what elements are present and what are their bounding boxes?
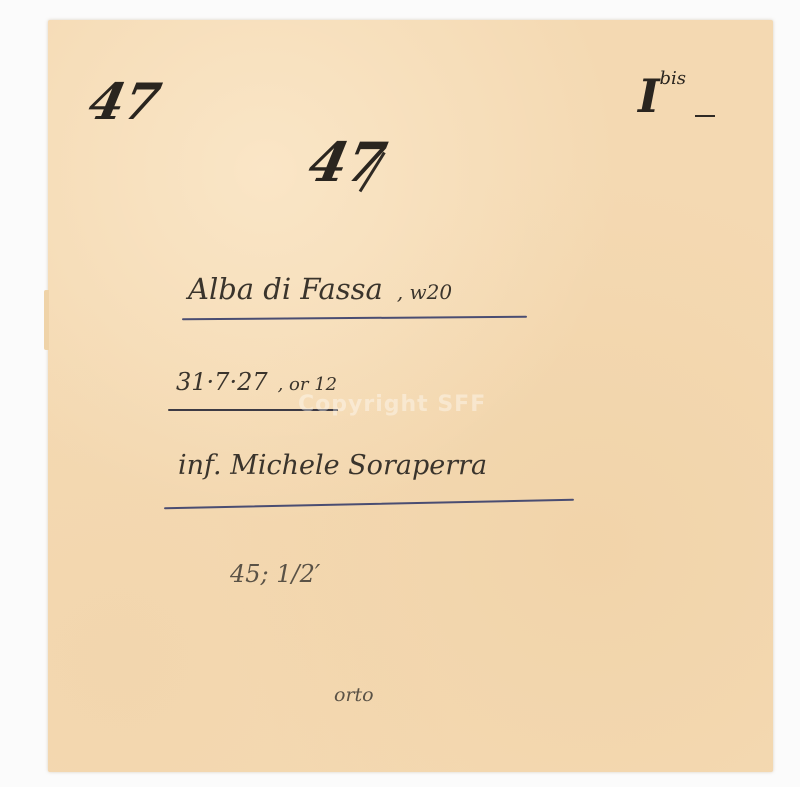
corner-number: 47 — [84, 72, 166, 131]
corner-mark-letter: I — [638, 69, 660, 123]
measure-line: 45; 1/2′ — [230, 560, 320, 588]
location-line: orto — [334, 684, 374, 706]
informant-line: inf. Michele Soraperra — [178, 450, 487, 481]
date-value: 31·7·27 — [176, 368, 268, 396]
place-suffix: , w20 — [397, 280, 452, 304]
place-line: Alba di Fassa, w20 — [188, 272, 452, 306]
copyright-watermark: Copyright SFF — [298, 392, 486, 417]
informant-underline — [164, 499, 574, 510]
corner-mark-superscript: bis — [660, 68, 687, 89]
place-underline — [182, 316, 527, 320]
corner-mark-dash — [695, 115, 715, 117]
corner-mark: Ibis — [638, 68, 686, 123]
place-name: Alba di Fassa — [188, 272, 383, 306]
archival-card: 47 Ibis 47 Alba di Fassa, w20 31·7·27, o… — [48, 20, 773, 772]
